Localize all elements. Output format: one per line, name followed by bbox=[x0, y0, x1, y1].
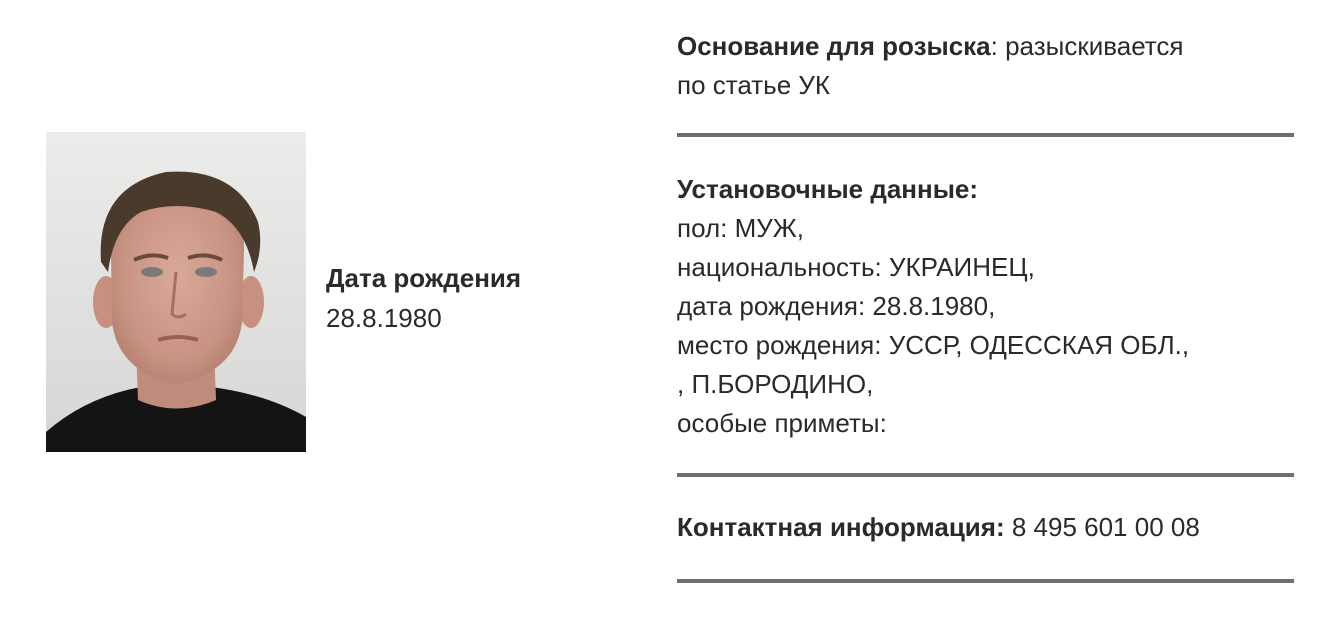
identification-section: Установочные данные: пол: МУЖ, националь… bbox=[677, 170, 1294, 443]
contact-phone[interactable]: 8 495 601 00 08 bbox=[1005, 512, 1200, 542]
search-reason-value-cont: по статье УК bbox=[677, 66, 1294, 105]
section-divider bbox=[677, 579, 1294, 583]
ident-special-marks: особые приметы: bbox=[677, 404, 1294, 443]
dob-value: 28.8.1980 bbox=[326, 298, 521, 338]
dob-summary: Дата рождения 28.8.1980 bbox=[326, 258, 521, 338]
ident-nationality: национальность: УКРАИНЕЦ, bbox=[677, 248, 1294, 287]
suspect-photo bbox=[46, 132, 306, 452]
ident-birth-place-cont: , П.БОРОДИНО, bbox=[677, 365, 1294, 404]
search-reason-value: разыскивается bbox=[998, 31, 1184, 61]
search-reason-section: Основание для розыска: разыскивается по … bbox=[677, 27, 1294, 133]
ident-birth-date: дата рождения: 28.8.1980, bbox=[677, 287, 1294, 326]
details-panel: Основание для розыска: разыскивается по … bbox=[677, 27, 1294, 583]
dob-label: Дата рождения bbox=[326, 258, 521, 298]
section-divider bbox=[677, 473, 1294, 477]
ident-birth-place: место рождения: УССР, ОДЕССКАЯ ОБЛ., bbox=[677, 326, 1294, 365]
person-portrait-icon bbox=[46, 132, 306, 452]
section-divider bbox=[677, 133, 1294, 137]
ident-sex: пол: МУЖ, bbox=[677, 209, 1294, 248]
contact-label: Контактная информация: bbox=[677, 512, 1005, 542]
contact-section: Контактная информация: 8 495 601 00 08 bbox=[677, 508, 1294, 547]
search-reason-separator: : bbox=[991, 31, 998, 61]
identification-label: Установочные данные: bbox=[677, 170, 1294, 209]
search-reason-label: Основание для розыска bbox=[677, 31, 991, 61]
